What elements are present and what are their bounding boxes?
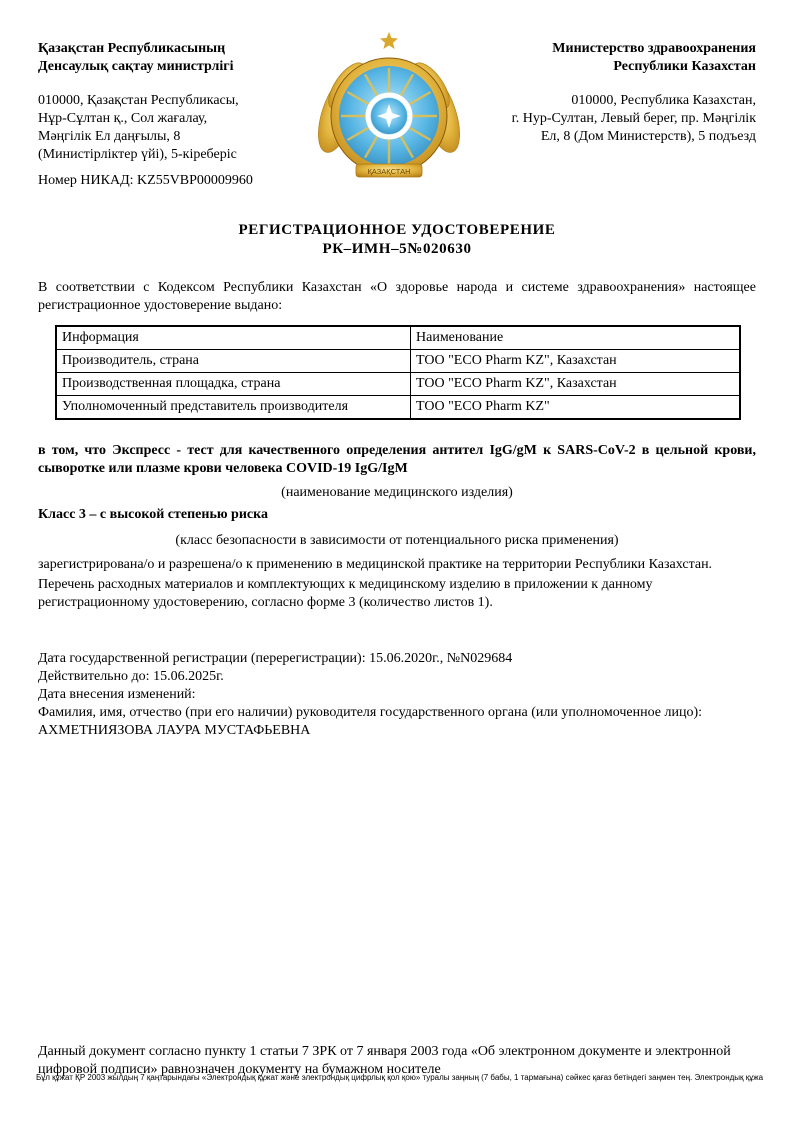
table-cell-label: Производитель, страна [56, 350, 411, 373]
table-row: Уполномоченный представитель производите… [56, 396, 740, 420]
address-russian: 010000, Республика Казахстан, г. Нур-Сул… [464, 92, 756, 146]
annex-statement: Перечень расходных материалов и комплект… [38, 576, 756, 612]
ministry-name-kazakh: Қазақстан Республикасының Денсаулық сақт… [38, 40, 314, 76]
ministry-kz-line: Денсаулық сақтау министрлігі [38, 58, 314, 76]
table-cell-value: ТОО "ECO Pharm KZ", Казахстан [411, 373, 741, 396]
risk-class: Класс 3 – с высокой степенью риска [38, 506, 756, 524]
page-content: Қазақстан Республикасының Денсаулық сақт… [0, 0, 794, 740]
address-ru-line: г. Нур-Султан, Левый берег, пр. Мәңгілік [464, 110, 756, 128]
document-header: Қазақстан Республикасының Денсаулық сақт… [38, 40, 756, 191]
registration-details: Дата государственной регистрации (перере… [38, 650, 756, 740]
address-kz-line: (Министірліктер үйі), 5-кіреберіс [38, 146, 314, 164]
address-kz-line: Мәңгілік Ел даңғылы, 8 [38, 128, 314, 146]
table-cell-value: ТОО "ECO Pharm KZ", Казахстан [411, 350, 741, 373]
header-emblem-block: ҚАЗАҚСТАН [314, 26, 464, 191]
table-cell-label: Производственная площадка, страна [56, 373, 411, 396]
registered-statement: зарегистрирована/о и разрешена/о к приме… [38, 556, 756, 574]
valid-until: Действительно до: 15.06.2025г. [38, 668, 756, 686]
title-line: РЕГИСТРАЦИОННОЕ УДОСТОВЕРЕНИЕ [38, 221, 756, 240]
header-left-block: Қазақстан Республикасының Денсаулық сақт… [38, 40, 314, 190]
table-header-info: Информация [56, 326, 411, 350]
product-caption: (наименование медицинского изделия) [38, 484, 756, 502]
kazakhstan-emblem-icon: ҚАЗАҚСТАН [314, 26, 464, 191]
table-cell-label: Уполномоченный представитель производите… [56, 396, 411, 420]
registration-table: Информация Наименование Производитель, с… [55, 325, 741, 420]
risk-caption: (класс безопасности в зависимости от пот… [38, 532, 756, 550]
ministry-name-russian: Министерство здравоохранения Республики … [464, 40, 756, 76]
address-kz-line: 010000, Қазақстан Республикасы, [38, 92, 314, 110]
product-name: в том, что Экспресс - тест для качествен… [38, 442, 756, 478]
table-header-name: Наименование [411, 326, 741, 350]
document-title: РЕГИСТРАЦИОННОЕ УДОСТОВЕРЕНИЕ РК–ИМН–5№0… [38, 221, 756, 259]
certificate-number: РК–ИМН–5№020630 [38, 240, 756, 259]
registration-certificate-page: Қазақстан Республикасының Денсаулық сақт… [0, 0, 794, 1123]
table-header-row: Информация Наименование [56, 326, 740, 350]
amendment-date: Дата внесения изменений: [38, 686, 756, 704]
address-kazakh: 010000, Қазақстан Республикасы, Нұр-Сұлт… [38, 92, 314, 164]
address-kz-line: Нұр-Сұлтан қ., Сол жағалау, [38, 110, 314, 128]
ministry-ru-line: Министерство здравоохранения [464, 40, 756, 58]
table-row: Производитель, страна ТОО "ECO Pharm KZ"… [56, 350, 740, 373]
ministry-kz-line: Қазақстан Республикасының [38, 40, 314, 58]
address-ru-line: Ел, 8 (Дом Министерств), 5 подъезд [464, 128, 756, 146]
ministry-ru-line: Республики Казахстан [464, 58, 756, 76]
address-ru-line: 010000, Республика Казахстан, [464, 92, 756, 110]
emblem-banner-text: ҚАЗАҚСТАН [367, 167, 410, 176]
nikad-number: Номер НИКАД: KZ55VBP00009960 [38, 172, 314, 190]
header-right-block: Министерство здравоохранения Республики … [464, 40, 756, 146]
table-cell-value: ТОО "ECO Pharm KZ" [411, 396, 741, 420]
emblem-star [380, 32, 398, 49]
registration-date: Дата государственной регистрации (перере… [38, 650, 756, 668]
intro-paragraph: В соответствии с Кодексом Республики Каз… [38, 279, 756, 315]
kazakh-footer-strip: Бұл құжат ҚР 2003 жылдың 7 қаңтарындағы … [36, 1073, 794, 1082]
head-official: Фамилия, имя, отчество (при его наличии)… [38, 704, 756, 740]
table-row: Производственная площадка, страна ТОО "E… [56, 373, 740, 396]
